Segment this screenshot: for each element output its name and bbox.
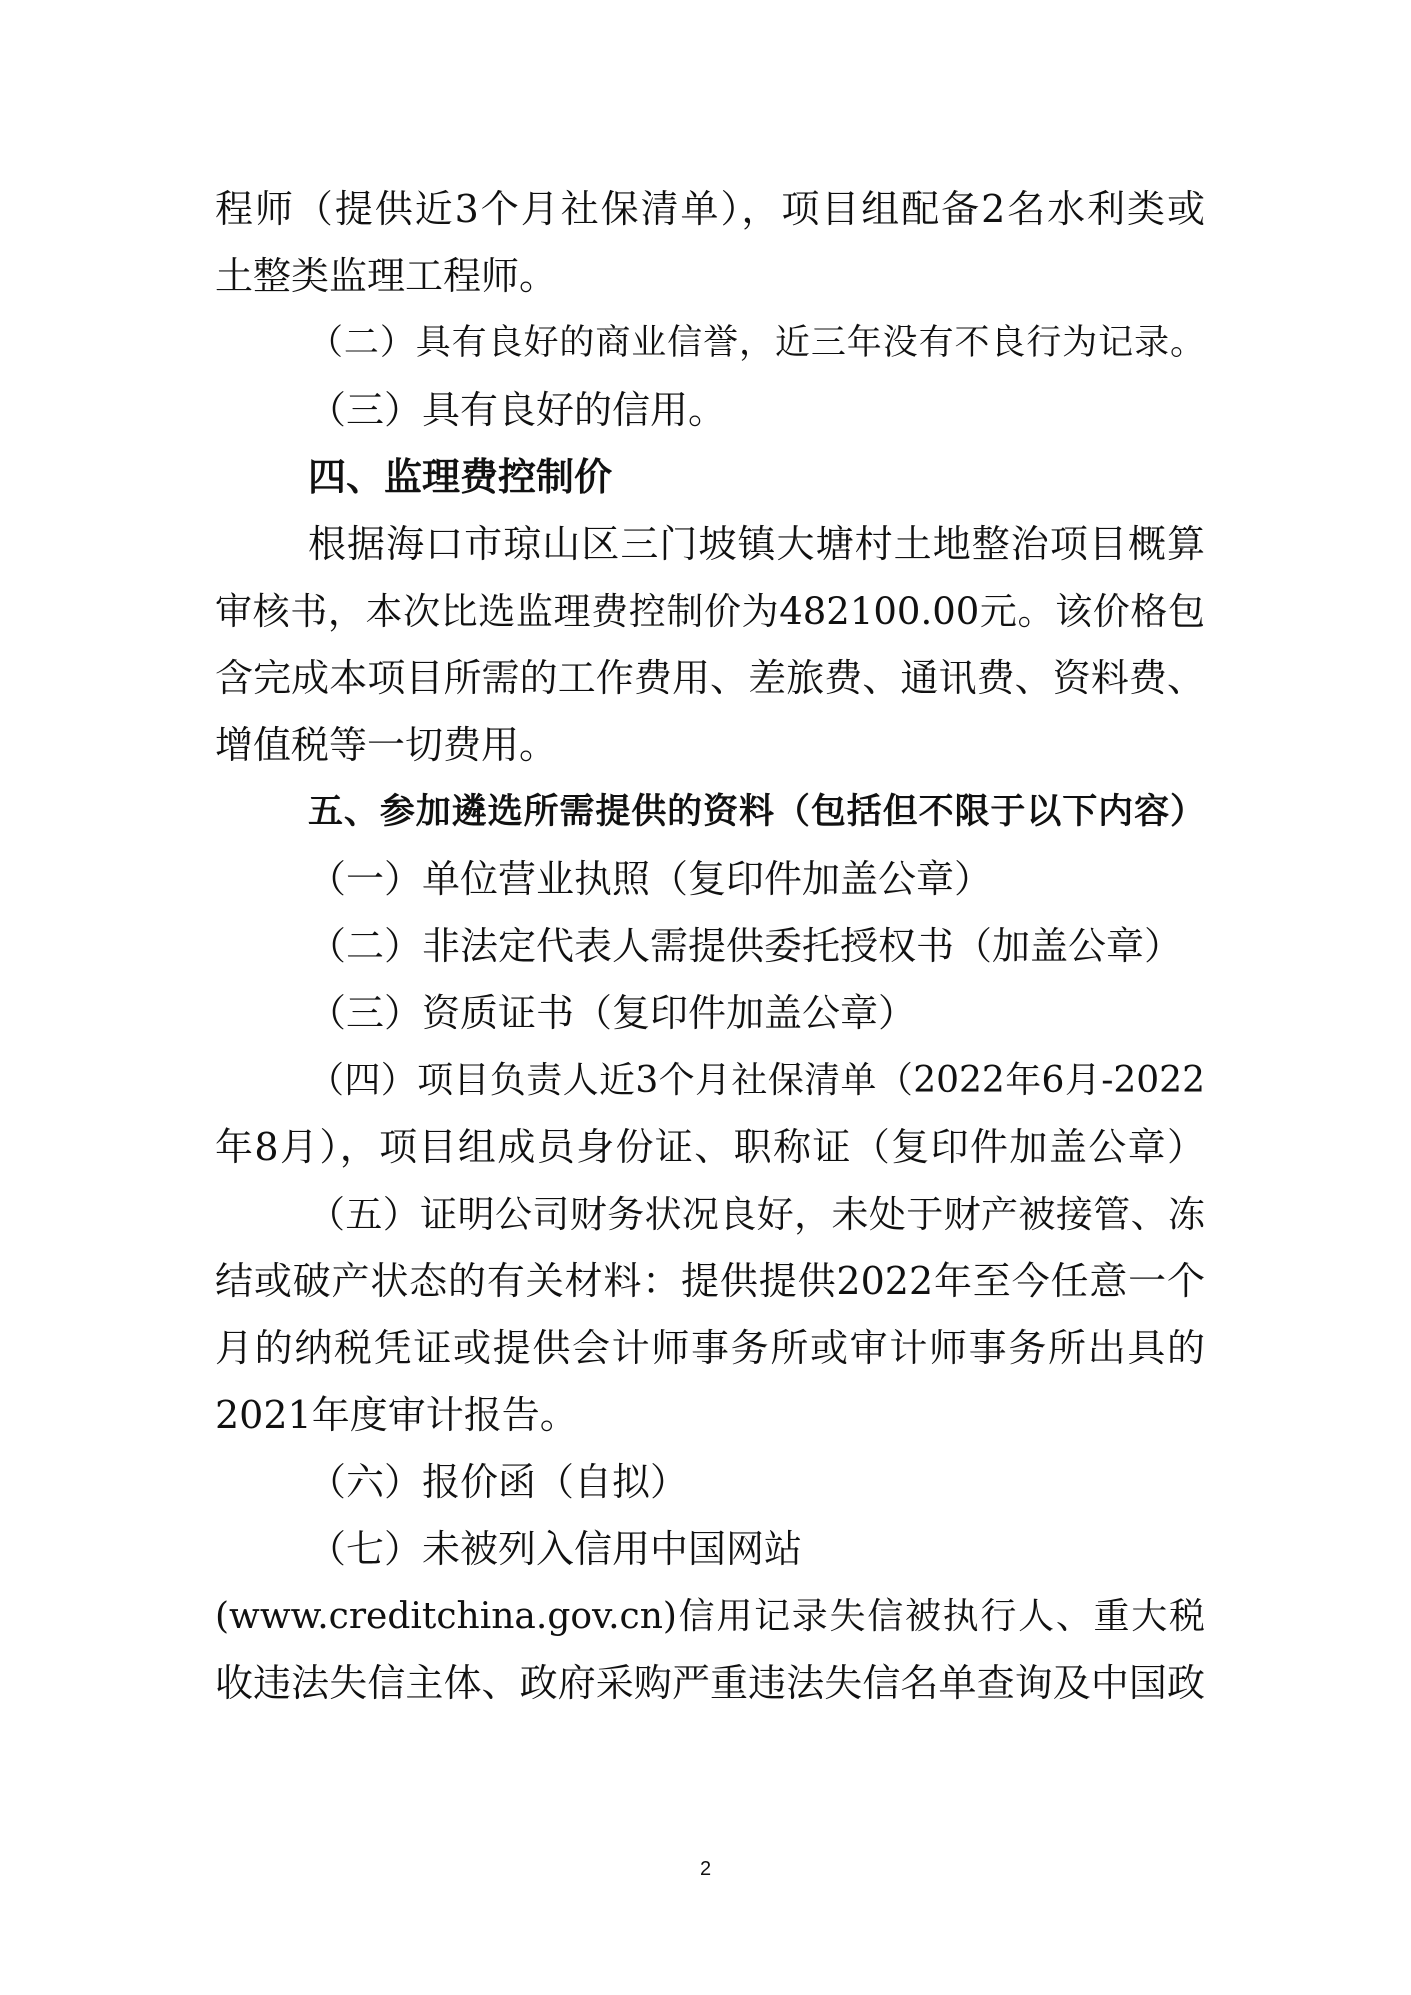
- paragraph-line: （三）具有良好的信用。: [308, 377, 1205, 444]
- paragraph-line: 土整类监理工程师。: [215, 243, 1205, 310]
- paragraph-line: 收违法失信主体、政府采购严重违法失信名单查询及中国政: [215, 1650, 1205, 1717]
- section-heading: 五、参加遴选所需提供的资料（包括但不限于以下内容）: [308, 779, 1205, 846]
- paragraph-line: 2021年度审计报告。: [215, 1382, 1205, 1449]
- paragraph-line: 含完成本项目所需的工作费用、差旅费、通讯费、资料费、: [215, 645, 1205, 712]
- paragraph-line: （三）资质证书（复印件加盖公章）: [308, 980, 1205, 1047]
- paragraph-line: （七）未被列入信用中国网站: [308, 1516, 1205, 1583]
- paragraph-line: （六）报价函（自拟）: [308, 1449, 1205, 1516]
- paragraph-line: （一）单位营业执照（复印件加盖公章）: [308, 846, 1205, 913]
- paragraph-line: （五）证明公司财务状况良好，未处于财产被接管、冻: [308, 1181, 1205, 1248]
- paragraph-line: 年8月），项目组成员身份证、职称证（复印件加盖公章）: [215, 1114, 1205, 1181]
- paragraph-line: (www.creditchina.gov.cn)信用记录失信被执行人、重大税: [215, 1583, 1205, 1650]
- document-page: 程师（提供近3个月社保清单），项目组配备2名水利类或土整类监理工程师。（二）具有…: [0, 0, 1411, 1995]
- paragraph-line: 结或破产状态的有关材料：提供提供2022年至今任意一个: [215, 1248, 1205, 1315]
- paragraph-line: （四）项目负责人近3个月社保清单（2022年6月-2022: [308, 1047, 1205, 1114]
- paragraph-line: 根据海口市琼山区三门坡镇大塘村土地整治项目概算: [308, 511, 1205, 578]
- paragraph-line: 月的纳税凭证或提供会计师事务所或审计师事务所出具的: [215, 1315, 1205, 1382]
- paragraph-line: （二）具有良好的商业信誉，近三年没有不良行为记录。: [308, 310, 1205, 377]
- paragraph-line: 增值税等一切费用。: [215, 712, 1205, 779]
- page-number: 2: [0, 1858, 1411, 1881]
- paragraph-line: 审核书，本次比选监理费控制价为482100.00元。该价格包: [215, 578, 1205, 645]
- paragraph-line: （二）非法定代表人需提供委托授权书（加盖公章）: [308, 913, 1205, 980]
- section-heading: 四、监理费控制价: [308, 444, 1205, 511]
- paragraph-line: 程师（提供近3个月社保清单），项目组配备2名水利类或: [215, 176, 1205, 243]
